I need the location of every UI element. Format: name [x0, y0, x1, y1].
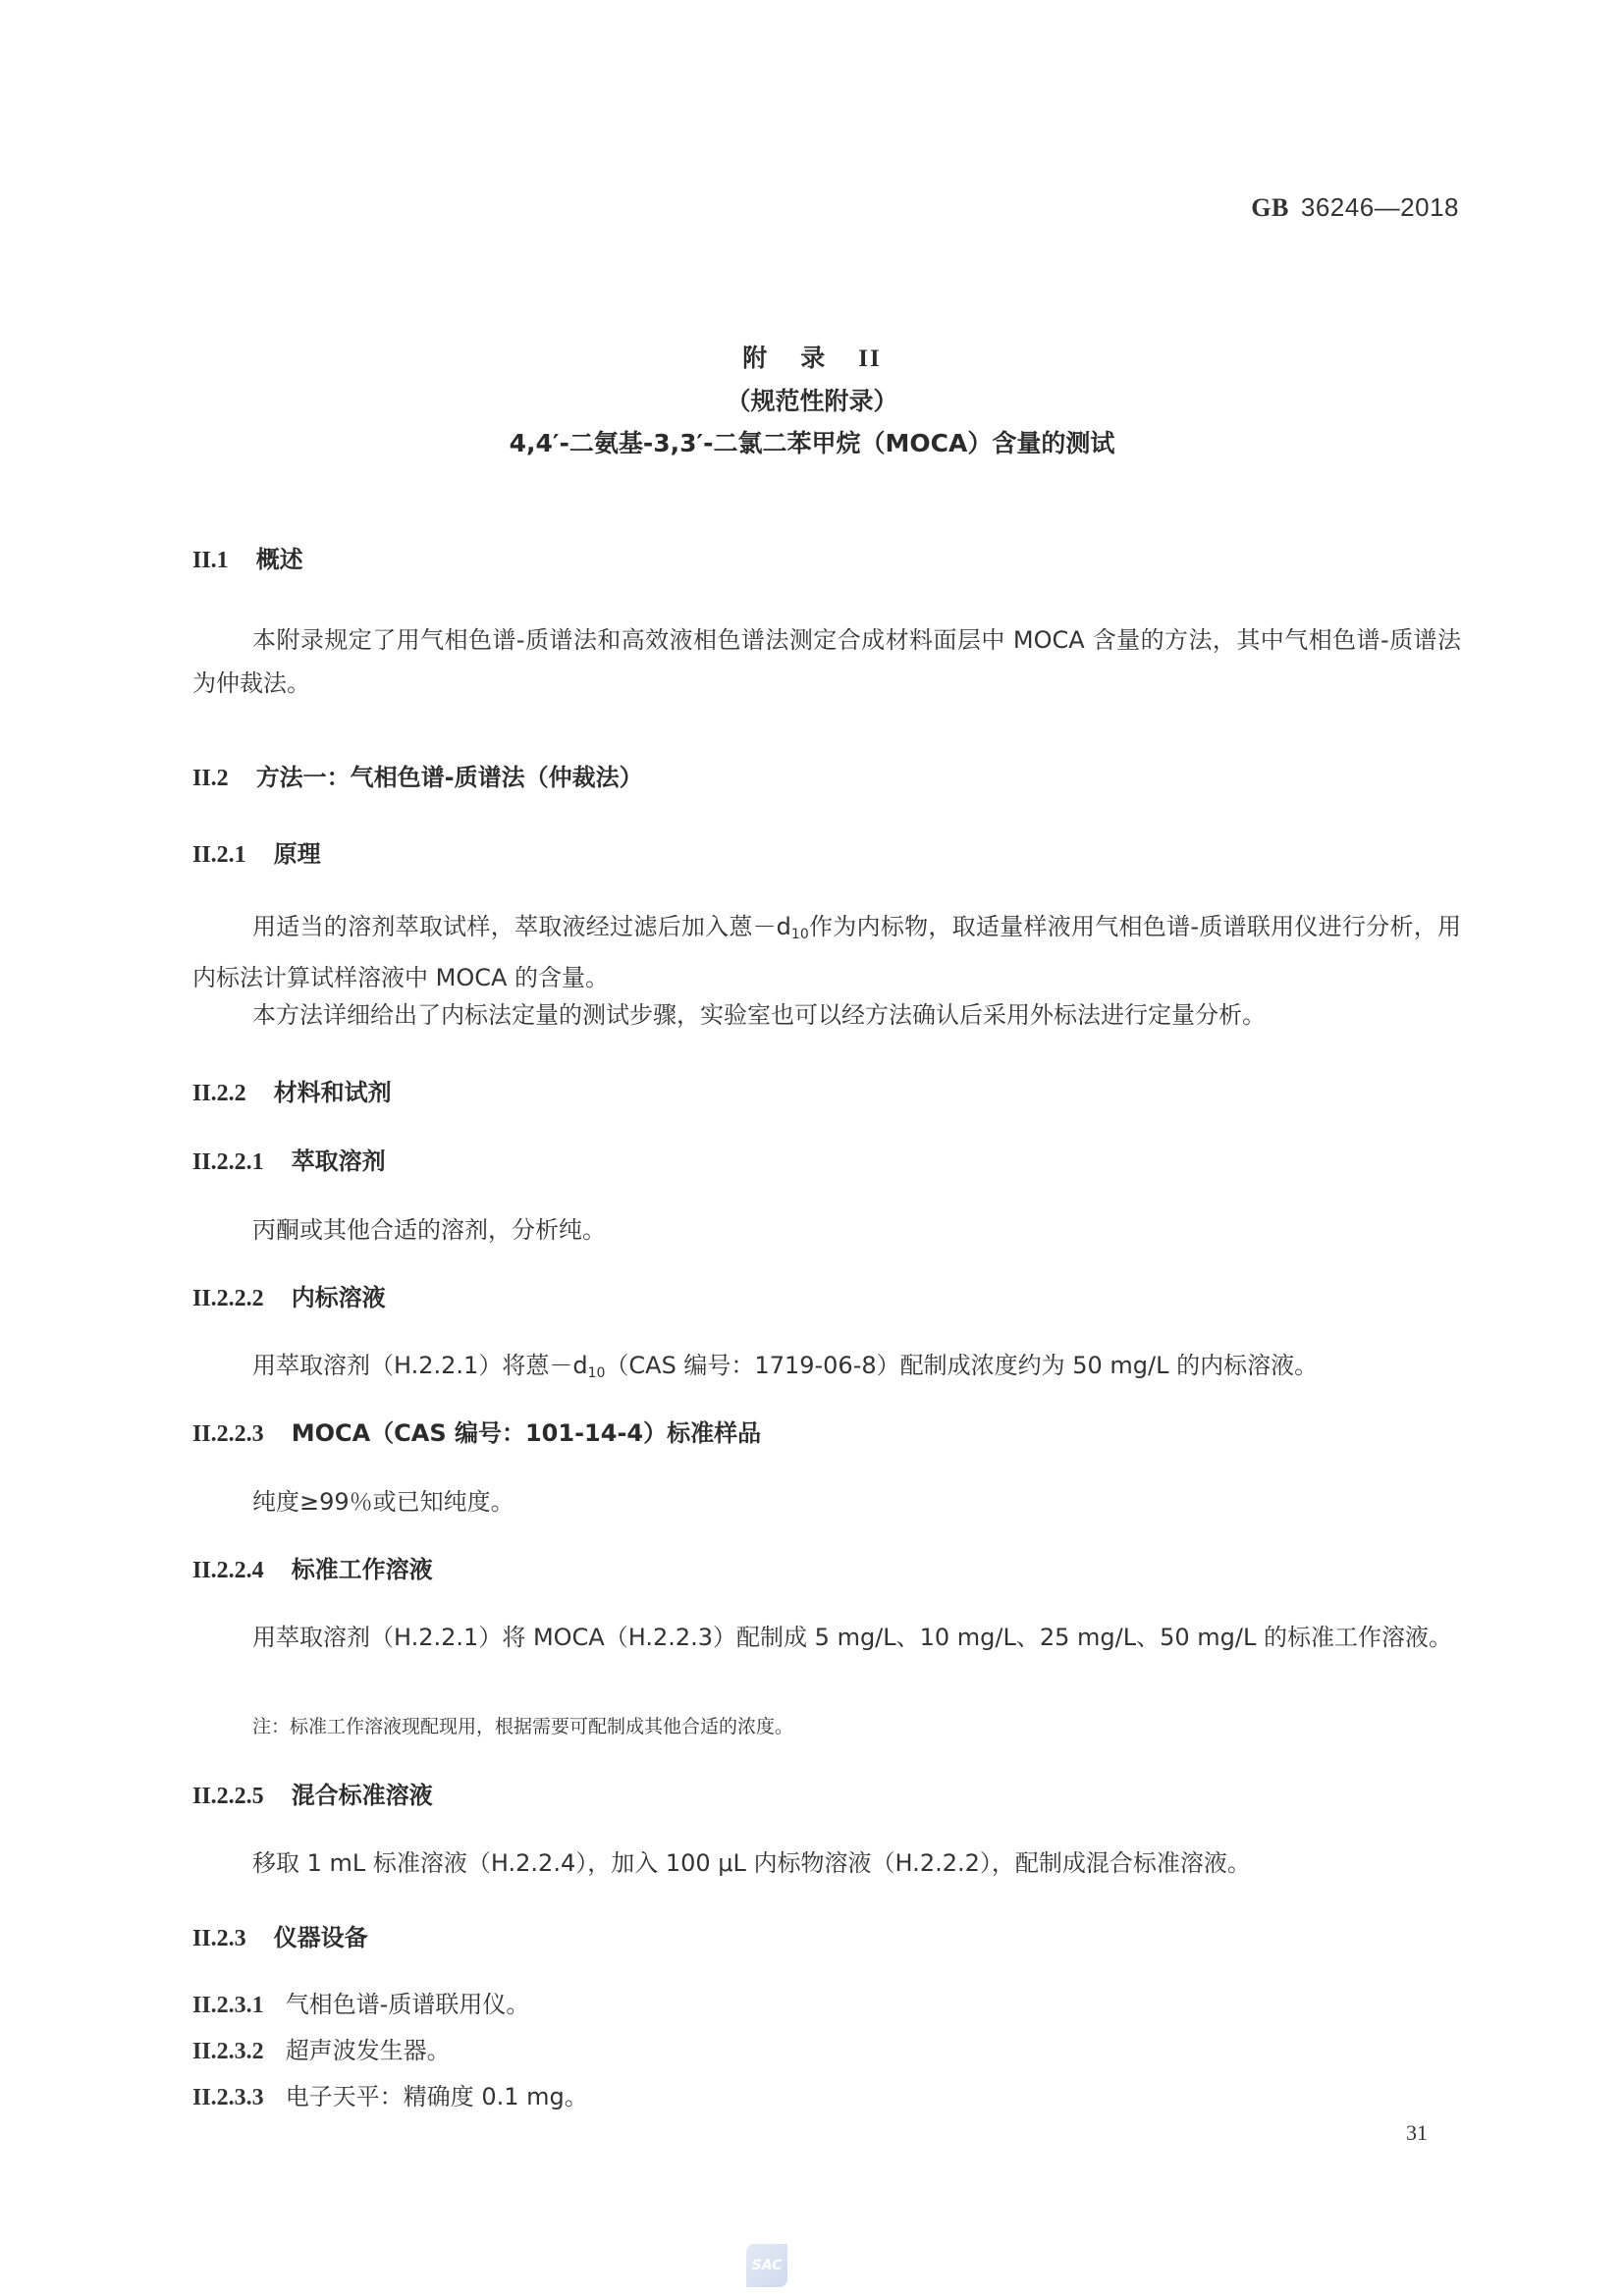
annex-type: （规范性附录）	[0, 382, 1624, 417]
section-title: 仪器设备	[274, 1924, 368, 1951]
section-number: II.2.2.1	[192, 1149, 264, 1176]
text: 用适当的溶剂萃取试样，萃取液经过滤后加入蒽－d	[252, 913, 791, 940]
section-heading-II-2-2: II.2.2材料和试剂	[192, 1073, 392, 1107]
item-number: II.2.3.2	[192, 2039, 264, 2065]
paragraph-mixed-standard: 移取 1 mL 标准溶液（H.2.2.4），加入 100 μL 内标物溶液（H.…	[192, 1842, 1461, 1885]
text: 用萃取溶剂（H.2.2.1）将蒽－d	[252, 1352, 588, 1379]
section-number: II.2	[192, 766, 229, 792]
annex-letter: II	[858, 346, 881, 372]
annex-title-word2: 录	[800, 344, 827, 372]
section-title: 萃取溶剂	[292, 1148, 386, 1175]
section-heading-II-2-2-3: II.2.2.3MOCA（CAS 编号：101-14-4）标准样品	[192, 1414, 761, 1448]
paragraph-extraction-solvent: 丙酮或其他合适的溶剂，分析纯。	[192, 1208, 1461, 1252]
paragraph-internal-standard: 用萃取溶剂（H.2.2.1）将蒽－d10（CAS 编号：1719-06-8）配制…	[192, 1344, 1461, 1395]
section-title: 内标溶液	[292, 1284, 386, 1311]
item-number: II.2.3.3	[192, 2085, 264, 2111]
equipment-item-gcms: II.2.3.1气相色谱-质谱联用仪。	[192, 1985, 529, 2019]
section-number: II.2.1	[192, 842, 246, 869]
equipment-item-ultrasonic: II.2.3.2超声波发生器。	[192, 2031, 451, 2065]
item-text: 电子天平：精确度 0.1 mg。	[286, 2083, 588, 2110]
paragraph-purity: 纯度≥99％或已知纯度。	[192, 1480, 1461, 1523]
page-number: 31	[1406, 2120, 1428, 2146]
section-title: 原理	[274, 840, 321, 868]
section-heading-II-2: II.2方法一：气相色谱-质谱法（仲裁法）	[192, 758, 643, 792]
section-title: MOCA（CAS 编号：101-14-4）标准样品	[292, 1419, 761, 1447]
section-heading-II-2-2-4: II.2.2.4标准工作溶液	[192, 1550, 433, 1584]
section-heading-II-1: II.1概述	[192, 540, 303, 574]
section-number: II.1	[192, 548, 229, 574]
sac-watermark-logo: SAC	[746, 2244, 787, 2287]
item-text: 气相色谱-质谱联用仪。	[286, 1991, 530, 2018]
section-number: II.2.2.3	[192, 1421, 264, 1448]
standard-number: 36246—2018	[1301, 192, 1459, 222]
note-working-solution: 注：标准工作溶液现配现用，根据需要可配制成其他合适的浓度。	[252, 1712, 793, 1738]
subscript: 10	[791, 927, 809, 942]
item-text: 超声波发生器。	[286, 2037, 451, 2064]
section-title: 混合标准溶液	[292, 1782, 433, 1809]
text: （CAS 编号：1719-06-8）配制成浓度约为 50 mg/L 的内标溶液。	[605, 1352, 1318, 1379]
section-heading-II-2-2-2: II.2.2.2内标溶液	[192, 1278, 386, 1312]
paragraph-overview: 本附录规定了用气相色谱-质谱法和高效液相色谱法测定合成材料面层中 MOCA 含量…	[192, 618, 1461, 705]
paragraph-working-solution: 用萃取溶剂（H.2.2.1）将 MOCA（H.2.2.3）配制成 5 mg/L、…	[192, 1616, 1461, 1659]
section-number: II.2.2.5	[192, 1784, 264, 1810]
section-number: II.2.3	[192, 1926, 246, 1952]
equipment-item-balance: II.2.3.3电子天平：精确度 0.1 mg。	[192, 2077, 588, 2111]
paragraph-principle-1: 用适当的溶剂萃取试样，萃取液经过滤后加入蒽－d10作为内标物，取适量样液用气相色…	[192, 905, 1461, 999]
item-number: II.2.3.1	[192, 1993, 264, 2019]
section-heading-II-2-3: II.2.3仪器设备	[192, 1918, 368, 1952]
section-number: II.2.2.2	[192, 1286, 264, 1312]
section-title: 方法一：气相色谱-质谱法（仲裁法）	[256, 764, 643, 791]
section-title: 概述	[256, 546, 303, 573]
annex-name: 4,4′-二氨基-3,3′-二氯二苯甲烷（MOCA）含量的测试	[0, 424, 1624, 459]
section-heading-II-2-2-1: II.2.2.1萃取溶剂	[192, 1142, 386, 1176]
section-number: II.2.2.4	[192, 1558, 264, 1584]
standard-prefix: GB	[1251, 193, 1289, 222]
section-heading-II-2-2-5: II.2.2.5混合标准溶液	[192, 1776, 433, 1810]
paragraph-principle-2: 本方法详细给出了内标法定量的测试步骤，实验室也可以经方法确认后采用外标法进行定量…	[192, 993, 1461, 1037]
standard-code: GB36246—2018	[1251, 192, 1459, 223]
section-heading-II-2-1: II.2.1原理	[192, 834, 321, 869]
section-title: 标准工作溶液	[292, 1556, 433, 1583]
annex-title: 附录II	[0, 339, 1624, 374]
section-number: II.2.2	[192, 1081, 246, 1107]
section-title: 材料和试剂	[274, 1079, 392, 1106]
annex-title-word1: 附	[742, 344, 769, 372]
subscript: 10	[588, 1365, 606, 1381]
